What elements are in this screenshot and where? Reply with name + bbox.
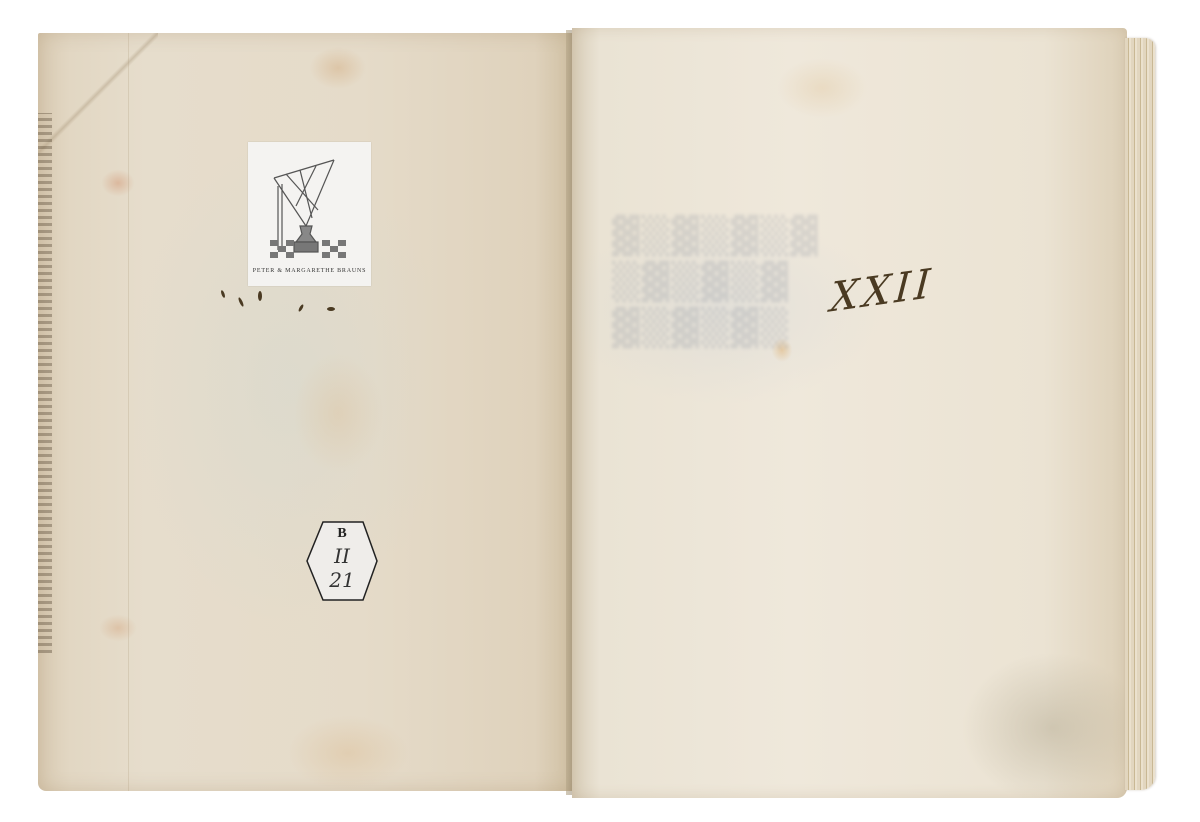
open-book: ▓▒▓▒▓▒▓▒▓▒▓▒▓▓▒▓▒▓▒ [0,0,1200,822]
first-leaf: ▓▒▓▒▓▒▓▒▓▒▓▒▓▓▒▓▒▓▒ [572,28,1127,798]
bookplate: PETER & MARGARETHE BRAUNS [248,142,371,286]
shelfmark-roman: II [305,544,379,568]
fold-line [128,33,129,791]
bookplate-owner-text: PETER & MARGARETHE BRAUNS [248,268,371,274]
shelfmark-number: 21 [305,568,379,592]
printed-binding-strip [38,113,52,653]
page-block-edges [1125,38,1155,790]
shelfmark-letter: B [305,526,379,542]
astronomical-instrument-icon [266,156,354,264]
shelfmark-label: B II 21 [305,520,379,602]
ink-specks [215,288,345,318]
corner-crease [38,33,158,153]
